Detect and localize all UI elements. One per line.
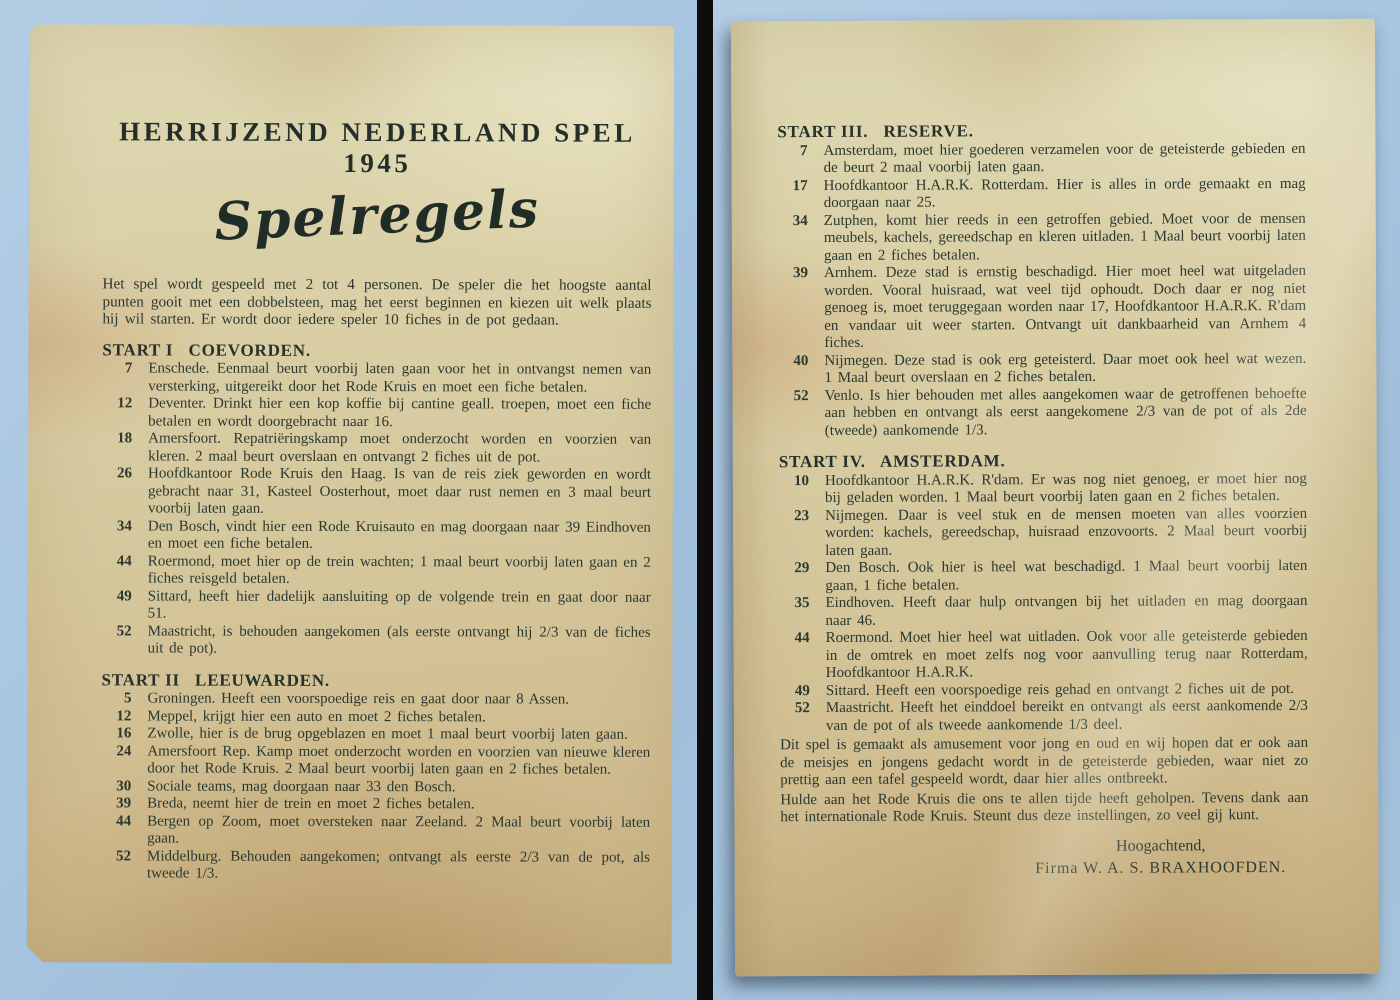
rule-item: 34Den Bosch, vindt hier een Rode Kruisau… (102, 518, 651, 554)
rule-item: 7Amsterdam, moet hier goederen verzamele… (777, 140, 1305, 177)
rule-number: 49 (780, 683, 826, 701)
rule-number: 34 (778, 213, 824, 266)
rule-number: 29 (779, 560, 825, 595)
rule-text: Sociale teams, mag doorgaan naar 33 den … (147, 778, 650, 797)
rule-number: 18 (102, 431, 148, 466)
rule-text: Zwolle, hier is de brug opgeblazen en mo… (147, 726, 650, 745)
rule-item: 5Groningen. Heeft een voorspoedige reis … (101, 691, 650, 710)
rule-text: Amersfoort. Repatriëringskamp moet onder… (148, 431, 651, 467)
rule-number: 39 (778, 265, 824, 353)
rule-number: 34 (102, 518, 148, 553)
rule-number: 16 (101, 726, 147, 744)
rule-item: 17Hoofdkantoor H.A.R.K. Rotterdam. Hier … (778, 175, 1306, 212)
rule-item: 44Roermond. Moet hier heel wat uitladen.… (780, 628, 1308, 683)
rule-item: 44Bergen op Zoom, moet oversteken naar Z… (101, 813, 650, 849)
rule-text: Den Bosch. Ook hier is heel wat beschadi… (825, 558, 1307, 595)
rule-number: 23 (779, 508, 825, 561)
rule-number: 5 (101, 691, 147, 709)
signoff-salutation: Hoogachtend, (1013, 834, 1309, 857)
rule-item: 39Arnhem. Deze stad is ernstig beschadig… (778, 263, 1306, 353)
rule-number: 44 (780, 630, 826, 683)
section-heading: START II LEEUWARDEN. (101, 671, 650, 690)
rule-number: 40 (778, 353, 824, 388)
rule-text: Arnhem. Deze stad is ernstig beschadigd.… (824, 263, 1306, 353)
sections-left: START I COEVORDEN.7Enschede. Eenmaal beu… (101, 341, 651, 884)
rule-text: Bergen op Zoom, moet oversteken naar Zee… (147, 813, 650, 849)
section-heading: START III. RESERVE. (777, 121, 1305, 141)
rule-text: Hoofdkantoor H.A.R.K. R'dam. Er was nog … (825, 470, 1307, 507)
document-title: HERRIJZEND NEDERLAND SPEL 1945 (103, 116, 652, 179)
rule-number: 52 (779, 388, 825, 441)
rule-text: Roermond, moet hier op de trein wachten;… (148, 553, 651, 589)
rule-text: Zutphen, komt hier reeds in een getroffe… (824, 210, 1306, 265)
rule-text: Amersfoort Rep. Kamp moet onderzocht wor… (147, 743, 650, 779)
rule-item: 39Breda, neemt hier de trein en moet 2 f… (101, 796, 650, 815)
sections-right: START III. RESERVE.7Amsterdam, moet hier… (777, 121, 1308, 735)
rule-text: Den Bosch, vindt hier een Rode Kruisauto… (148, 518, 651, 554)
rule-item: 35Eindhoven. Heeft daar hulp ontvangen b… (779, 593, 1307, 630)
rules-sheet-front: HERRIJZEND NEDERLAND SPEL 1945 Spelregel… (27, 24, 674, 964)
rule-number: 24 (101, 743, 147, 778)
rule-number: 44 (102, 553, 148, 588)
rule-item: 10Hoofdkantoor H.A.R.K. R'dam. Er was no… (779, 470, 1307, 507)
rules-sheet-back: START III. RESERVE.7Amsterdam, moet hier… (731, 19, 1379, 977)
rule-text: Nijmegen. Deze stad is ook erg geteister… (824, 350, 1306, 387)
closing-paragraphs: Dit spel is gemaakt als amusement voor j… (780, 735, 1308, 827)
rule-item: 52Maastricht. Heeft het einddoel bereikt… (780, 698, 1308, 735)
rule-text: Venlo. Is hier behouden met alles aangek… (825, 385, 1307, 440)
rule-number: 10 (779, 473, 825, 508)
rule-number: 12 (102, 396, 148, 431)
rule-item: 44Roermond, moet hier op de trein wachte… (102, 553, 651, 589)
rule-text: Eindhoven. Heeft daar hulp ontvangen bij… (825, 593, 1307, 630)
rule-item: 30Sociale teams, mag doorgaan naar 33 de… (101, 778, 650, 797)
rule-item: 23Nijmegen. Daar is veel stuk en de mens… (779, 505, 1307, 560)
rule-number: 49 (102, 588, 148, 623)
rule-text: Hoofdkantoor H.A.R.K. Rotterdam. Hier is… (824, 175, 1306, 212)
rule-item: 12Meppel, krijgt hier een auto en moet 2… (101, 708, 650, 727)
photo-divider (697, 0, 713, 1000)
closing-paragraph: Hulde aan het Rode Kruis die ons te alle… (780, 789, 1308, 826)
rule-text: Meppel, krijgt hier een auto en moet 2 f… (147, 708, 650, 727)
rule-item: 12Deventer. Drinkt hier een kop koffie b… (102, 396, 651, 432)
rule-number: 52 (102, 623, 148, 658)
rule-item: 52Middelburg. Behouden aangekomen; ontva… (101, 848, 650, 884)
rule-number: 52 (780, 700, 826, 735)
rule-number: 35 (779, 595, 825, 630)
rule-text: Maastricht, is behouden aangekomen (als … (148, 623, 651, 659)
rule-text: Sittard, heeft hier dadelijk aansluiting… (148, 588, 651, 624)
rule-number: 39 (101, 796, 147, 814)
rule-number: 12 (101, 708, 147, 726)
rule-number: 17 (778, 178, 824, 213)
rule-item: 24Amersfoort Rep. Kamp moet onderzocht w… (101, 743, 650, 779)
rule-item: 49Sittard, heeft hier dadelijk aansluiti… (102, 588, 651, 624)
rule-number: 30 (101, 778, 147, 796)
rule-item: 52Venlo. Is hier behouden met alles aang… (779, 385, 1307, 440)
rule-text: Hoofdkantoor Rode Kruis den Haag. Is van… (148, 466, 651, 520)
rule-number: 7 (777, 143, 823, 178)
rule-text: Middelburg. Behouden aangekomen; ontvang… (147, 848, 650, 884)
rule-item: 40Nijmegen. Deze stad is ook erg geteist… (778, 350, 1306, 387)
rule-item: 7Enschede. Eenmaal beurt voorbij laten g… (102, 361, 651, 397)
section-heading: START IV. AMSTERDAM. (779, 451, 1307, 471)
rule-text: Sittard. Heeft een voorspoedige reis geh… (826, 680, 1308, 700)
signoff-name: Firma W. A. S. BRAXHOOFDEN. (1013, 856, 1309, 879)
rule-item: 34Zutphen, komt hier reeds in een getrof… (778, 210, 1306, 265)
rule-text: Deventer. Drinkt hier een kop koffie bij… (148, 396, 651, 432)
rule-item: 52Maastricht, is behouden aangekomen (al… (102, 623, 651, 659)
rule-text: Maastricht. Heeft het einddoel bereikt e… (826, 698, 1308, 735)
rule-number: 26 (102, 466, 148, 519)
rule-item: 29Den Bosch. Ook hier is heel wat bescha… (779, 558, 1307, 595)
rule-number: 7 (102, 361, 148, 396)
script-subtitle: Spelregels (102, 174, 653, 257)
rule-item: 26Hoofdkantoor Rode Kruis den Haag. Is v… (102, 466, 651, 520)
rule-text: Amsterdam, moet hier goederen verzamelen… (823, 140, 1305, 177)
rule-number: 52 (101, 848, 147, 883)
closing-paragraph: Dit spel is gemaakt als amusement voor j… (780, 735, 1308, 790)
rule-text: Groningen. Heeft een voorspoedige reis e… (147, 691, 650, 710)
signoff-block: Hoogachtend, Firma W. A. S. BRAXHOOFDEN. (1013, 834, 1309, 879)
rule-text: Roermond. Moet hier heel wat uitladen. O… (826, 628, 1308, 683)
section-heading: START I COEVORDEN. (102, 341, 651, 360)
rule-item: 16Zwolle, hier is de brug opgeblazen en … (101, 726, 650, 745)
rule-number: 44 (101, 813, 147, 848)
rule-text: Enschede. Eenmaal beurt voorbij laten ga… (148, 361, 651, 397)
intro-paragraph: Het spel wordt gespeeld met 2 tot 4 pers… (102, 275, 651, 329)
rule-item: 18Amersfoort. Repatriëringskamp moet ond… (102, 431, 651, 467)
rule-item: 49Sittard. Heeft een voorspoedige reis g… (780, 680, 1308, 700)
rule-text: Nijmegen. Daar is veel stuk en de mensen… (825, 505, 1307, 560)
rule-text: Breda, neemt hier de trein en moet 2 fic… (147, 796, 650, 815)
